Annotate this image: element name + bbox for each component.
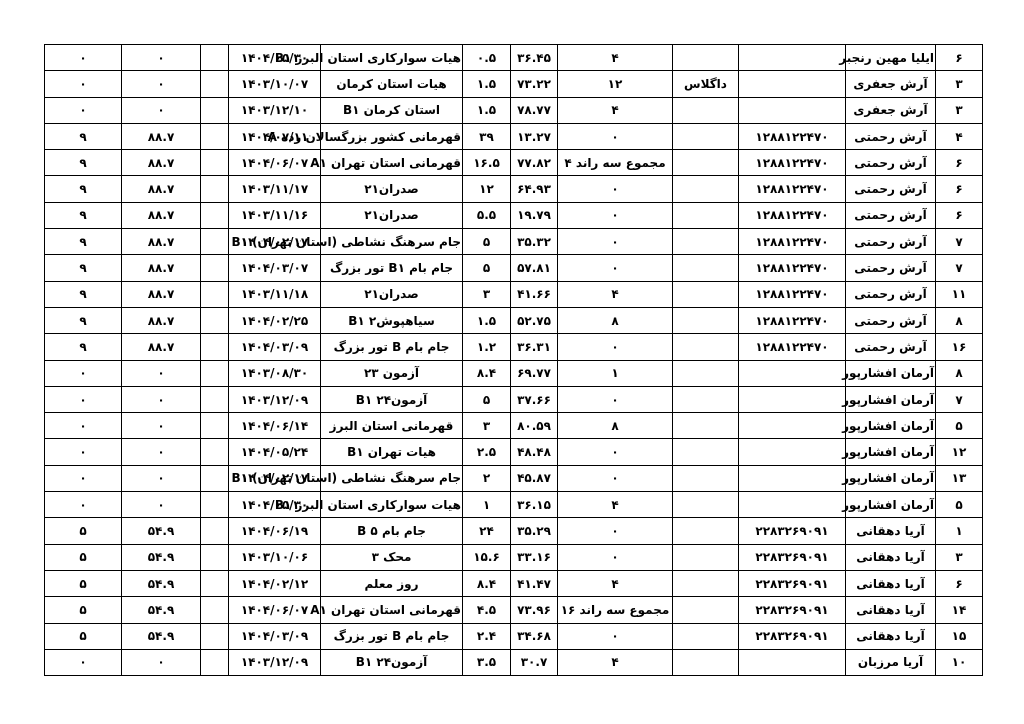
cell-note bbox=[673, 255, 739, 281]
cell-score: ۳۹ bbox=[463, 123, 511, 149]
table-row: ۱۴آریا دهقانی۲۲۸۳۲۶۹۰۹۱مجموع سه راند ۱۶۷… bbox=[45, 597, 983, 623]
cell-round-info: مجموع سه راند ۴ bbox=[558, 150, 673, 176]
cell-total-percent: ۸۸.۷ bbox=[122, 202, 201, 228]
cell-round-info: ۰ bbox=[558, 229, 673, 255]
cell-percent: ۷۳.۹۶ bbox=[511, 597, 558, 623]
cell-blank bbox=[201, 360, 229, 386]
cell-score: ۰.۵ bbox=[463, 45, 511, 71]
cell-event-count: ۵ bbox=[45, 623, 122, 649]
cell-round-info: ۱ bbox=[558, 360, 673, 386]
results-table-body: ۶ایلیا مهین رنجبر۴۳۶.۴۵۰.۵هیات سوارکاری … bbox=[45, 45, 983, 676]
cell-blank bbox=[201, 439, 229, 465]
cell-rider-name: آرش رحمتی bbox=[846, 281, 936, 307]
cell-note bbox=[673, 202, 739, 228]
cell-event-name: جام بام B ۵ bbox=[321, 518, 463, 544]
cell-percent: ۳۵.۲۹ bbox=[511, 518, 558, 544]
cell-rank: ۵ bbox=[936, 492, 983, 518]
cell-event-count: ۹ bbox=[45, 307, 122, 333]
cell-score: ۱.۵ bbox=[463, 97, 511, 123]
cell-event-count: ۰ bbox=[45, 413, 122, 439]
cell-rider-id bbox=[739, 45, 846, 71]
cell-score: ۱ bbox=[463, 492, 511, 518]
cell-rank: ۱ bbox=[936, 518, 983, 544]
table-row: ۶آرش رحمتی۱۲۸۸۱۲۲۴۷۰مجموع سه راند ۴۷۷.۸۲… bbox=[45, 150, 983, 176]
cell-blank bbox=[201, 97, 229, 123]
cell-percent: ۴۵.۸۷ bbox=[511, 465, 558, 491]
cell-rider-id: ۱۲۸۸۱۲۲۴۷۰ bbox=[739, 281, 846, 307]
cell-event-count: ۹ bbox=[45, 202, 122, 228]
cell-rank: ۱۶ bbox=[936, 334, 983, 360]
cell-blank bbox=[201, 623, 229, 649]
cell-blank bbox=[201, 413, 229, 439]
cell-round-info: ۰ bbox=[558, 439, 673, 465]
cell-event-date: ۱۴۰۴/۰۲/۱۲ bbox=[229, 570, 321, 596]
cell-rider-id bbox=[739, 649, 846, 675]
cell-score: ۵ bbox=[463, 255, 511, 281]
cell-rider-name: ایلیا مهین رنجبر bbox=[846, 45, 936, 71]
cell-event-name: هیات سوارکاری استان البرز B۱ bbox=[321, 45, 463, 71]
cell-event-name: هیات تهران B۱ bbox=[321, 439, 463, 465]
table-row: ۳آرش جعفری۴۷۸.۷۷۱.۵استان کرمان B۱۱۴۰۳/۱۲… bbox=[45, 97, 983, 123]
cell-event-date: ۱۴۰۳/۱۱/۱۷ bbox=[229, 176, 321, 202]
cell-round-info: ۰ bbox=[558, 623, 673, 649]
cell-event-date: ۱۴۰۴/۰۳/۰۹ bbox=[229, 623, 321, 649]
cell-note bbox=[673, 123, 739, 149]
cell-note bbox=[673, 360, 739, 386]
cell-event-date: ۱۴۰۳/۱۰/۰۷ bbox=[229, 71, 321, 97]
cell-rider-name: آرش جعفری bbox=[846, 71, 936, 97]
cell-score: ۴.۵ bbox=[463, 597, 511, 623]
cell-total-percent: ۰ bbox=[122, 71, 201, 97]
cell-note bbox=[673, 281, 739, 307]
cell-blank bbox=[201, 123, 229, 149]
cell-round-info: ۰ bbox=[558, 386, 673, 412]
cell-event-date: ۱۴۰۳/۱۲/۰۹ bbox=[229, 386, 321, 412]
cell-event-date: ۱۴۰۴/۰۷/۱۱ bbox=[229, 123, 321, 149]
table-row: ۶ایلیا مهین رنجبر۴۳۶.۴۵۰.۵هیات سوارکاری … bbox=[45, 45, 983, 71]
cell-total-percent: ۰ bbox=[122, 45, 201, 71]
cell-note bbox=[673, 45, 739, 71]
cell-round-info: ۰ bbox=[558, 255, 673, 281]
cell-event-date: ۱۴۰۴/۰۶/۰۷ bbox=[229, 150, 321, 176]
table-row: ۱۱آرش رحمتی۱۲۸۸۱۲۲۴۷۰۴۴۱.۶۶۳صدران۲۱۱۴۰۳/… bbox=[45, 281, 983, 307]
table-row: ۱آریا دهقانی۲۲۸۳۲۶۹۰۹۱۰۳۵.۲۹۲۴جام بام B … bbox=[45, 518, 983, 544]
results-table: ۶ایلیا مهین رنجبر۴۳۶.۴۵۰.۵هیات سوارکاری … bbox=[44, 44, 983, 676]
cell-total-percent: ۵۴.۹ bbox=[122, 570, 201, 596]
cell-event-date: ۱۴۰۴/۰۵/۳۰ bbox=[229, 45, 321, 71]
cell-event-name: صدران۲۱ bbox=[321, 202, 463, 228]
cell-score: ۱۲ bbox=[463, 176, 511, 202]
cell-blank bbox=[201, 518, 229, 544]
cell-event-count: ۰ bbox=[45, 465, 122, 491]
cell-percent: ۱۹.۷۹ bbox=[511, 202, 558, 228]
cell-event-date: ۱۴۰۴/۰۶/۰۷ bbox=[229, 597, 321, 623]
cell-round-info: ۴ bbox=[558, 97, 673, 123]
cell-round-info: ۸ bbox=[558, 413, 673, 439]
cell-rider-id: ۲۲۸۳۲۶۹۰۹۱ bbox=[739, 597, 846, 623]
cell-total-percent: ۰ bbox=[122, 386, 201, 412]
cell-event-count: ۵ bbox=[45, 597, 122, 623]
cell-score: ۲۴ bbox=[463, 518, 511, 544]
cell-note bbox=[673, 570, 739, 596]
cell-percent: ۶۹.۷۷ bbox=[511, 360, 558, 386]
table-row: ۱۰آریا مرزبان۴۳۰.۷۳.۵آزمون۲۴ B۱۱۴۰۳/۱۲/۰… bbox=[45, 649, 983, 675]
cell-event-date: ۱۴۰۴/۰۵/۲۴ bbox=[229, 439, 321, 465]
table-row: ۷آرش رحمتی۱۲۸۸۱۲۲۴۷۰۰۵۷.۸۱۵جام بام B۱ تو… bbox=[45, 255, 983, 281]
cell-score: ۱.۵ bbox=[463, 71, 511, 97]
cell-percent: ۳۶.۳۱ bbox=[511, 334, 558, 360]
cell-rank: ۱۰ bbox=[936, 649, 983, 675]
cell-note bbox=[673, 597, 739, 623]
cell-event-date: ۱۴۰۴/۰۲/۱۷ bbox=[229, 465, 321, 491]
cell-total-percent: ۸۸.۷ bbox=[122, 176, 201, 202]
cell-event-name: روز معلم bbox=[321, 570, 463, 596]
cell-score: ۲ bbox=[463, 465, 511, 491]
table-row: ۳آرش جعفریداگلاس۱۲۷۳.۲۲۱.۵هیات استان کرم… bbox=[45, 71, 983, 97]
cell-score: ۲.۵ bbox=[463, 439, 511, 465]
cell-rank: ۸ bbox=[936, 360, 983, 386]
cell-rank: ۷ bbox=[936, 386, 983, 412]
cell-rider-name: آرش رحمتی bbox=[846, 255, 936, 281]
cell-event-name: جام سرهنگ نشاطی (استان تهران) B۱ bbox=[321, 229, 463, 255]
cell-score: ۱۶.۵ bbox=[463, 150, 511, 176]
cell-note bbox=[673, 649, 739, 675]
cell-event-count: ۰ bbox=[45, 45, 122, 71]
cell-round-info: ۰ bbox=[558, 202, 673, 228]
cell-event-count: ۹ bbox=[45, 281, 122, 307]
cell-blank bbox=[201, 255, 229, 281]
cell-event-count: ۰ bbox=[45, 97, 122, 123]
cell-round-info: ۰ bbox=[558, 518, 673, 544]
cell-total-percent: ۵۴.۹ bbox=[122, 597, 201, 623]
cell-total-percent: ۸۸.۷ bbox=[122, 281, 201, 307]
table-row: ۱۶آرش رحمتی۱۲۸۸۱۲۲۴۷۰۰۳۶.۳۱۱.۲جام بام B … bbox=[45, 334, 983, 360]
cell-total-percent: ۰ bbox=[122, 360, 201, 386]
cell-percent: ۷۷.۸۲ bbox=[511, 150, 558, 176]
cell-event-count: ۹ bbox=[45, 229, 122, 255]
cell-blank bbox=[201, 570, 229, 596]
table-row: ۵آرمان افشارپور۸۸۰.۵۹۳قهرمانی استان البر… bbox=[45, 413, 983, 439]
cell-event-name: محک ۳ bbox=[321, 544, 463, 570]
cell-rank: ۳ bbox=[936, 544, 983, 570]
cell-event-count: ۹ bbox=[45, 150, 122, 176]
cell-percent: ۷۸.۷۷ bbox=[511, 97, 558, 123]
cell-event-date: ۱۴۰۴/۰۲/۲۵ bbox=[229, 307, 321, 333]
cell-total-percent: ۸۸.۷ bbox=[122, 150, 201, 176]
table-row: ۶آرش رحمتی۱۲۸۸۱۲۲۴۷۰۰۶۴.۹۳۱۲صدران۲۱۱۴۰۳/… bbox=[45, 176, 983, 202]
cell-total-percent: ۰ bbox=[122, 439, 201, 465]
table-row: ۳آریا دهقانی۲۲۸۳۲۶۹۰۹۱۰۳۳.۱۶۱۵.۶محک ۳۱۴۰… bbox=[45, 544, 983, 570]
cell-percent: ۳۳.۱۶ bbox=[511, 544, 558, 570]
cell-rider-id: ۱۲۸۸۱۲۲۴۷۰ bbox=[739, 123, 846, 149]
cell-score: ۳ bbox=[463, 413, 511, 439]
cell-rider-id bbox=[739, 360, 846, 386]
cell-event-date: ۱۴۰۴/۰۵/۳۰ bbox=[229, 492, 321, 518]
cell-note bbox=[673, 518, 739, 544]
cell-total-percent: ۸۸.۷ bbox=[122, 229, 201, 255]
cell-rank: ۳ bbox=[936, 71, 983, 97]
cell-event-name: سیاهپوش۲ B۱ bbox=[321, 307, 463, 333]
document-page: ۶ایلیا مهین رنجبر۴۳۶.۴۵۰.۵هیات سوارکاری … bbox=[0, 0, 1024, 724]
table-row: ۶آرش رحمتی۱۲۸۸۱۲۲۴۷۰۰۱۹.۷۹۵.۵صدران۲۱۱۴۰۳… bbox=[45, 202, 983, 228]
cell-event-date: ۱۴۰۳/۰۸/۳۰ bbox=[229, 360, 321, 386]
cell-score: ۵ bbox=[463, 386, 511, 412]
cell-event-date: ۱۴۰۴/۰۳/۰۹ bbox=[229, 334, 321, 360]
cell-event-count: ۹ bbox=[45, 255, 122, 281]
cell-blank bbox=[201, 465, 229, 491]
cell-percent: ۴۱.۴۷ bbox=[511, 570, 558, 596]
cell-blank bbox=[201, 307, 229, 333]
cell-rank: ۶ bbox=[936, 150, 983, 176]
cell-rider-id: ۱۲۸۸۱۲۲۴۷۰ bbox=[739, 255, 846, 281]
cell-score: ۱۵.۶ bbox=[463, 544, 511, 570]
cell-event-date: ۱۴۰۴/۰۲/۱۷ bbox=[229, 229, 321, 255]
cell-note bbox=[673, 623, 739, 649]
cell-event-count: ۵ bbox=[45, 544, 122, 570]
cell-round-info: ۰ bbox=[558, 123, 673, 149]
cell-round-info: مجموع سه راند ۱۶ bbox=[558, 597, 673, 623]
cell-round-info: ۸ bbox=[558, 307, 673, 333]
cell-round-info: ۱۲ bbox=[558, 71, 673, 97]
cell-blank bbox=[201, 544, 229, 570]
cell-rank: ۶ bbox=[936, 45, 983, 71]
cell-rider-id bbox=[739, 465, 846, 491]
cell-rider-name: آریا مرزبان bbox=[846, 649, 936, 675]
cell-round-info: ۴ bbox=[558, 492, 673, 518]
table-row: ۷آرمان افشارپور۰۳۷.۶۶۵آزمون۲۴ B۱۱۴۰۳/۱۲/… bbox=[45, 386, 983, 412]
cell-rider-name: آرش رحمتی bbox=[846, 176, 936, 202]
cell-event-name: هیات استان کرمان bbox=[321, 71, 463, 97]
cell-round-info: ۰ bbox=[558, 176, 673, 202]
cell-event-count: ۰ bbox=[45, 360, 122, 386]
cell-rank: ۴ bbox=[936, 123, 983, 149]
cell-rider-name: آرمان افشارپور bbox=[846, 439, 936, 465]
cell-total-percent: ۵۴.۹ bbox=[122, 623, 201, 649]
table-row: ۸آرش رحمتی۱۲۸۸۱۲۲۴۷۰۸۵۲.۷۵۱.۵سیاهپوش۲ B۱… bbox=[45, 307, 983, 333]
cell-score: ۳.۵ bbox=[463, 649, 511, 675]
cell-rider-name: آرش رحمتی bbox=[846, 123, 936, 149]
cell-percent: ۳۵.۳۲ bbox=[511, 229, 558, 255]
cell-percent: ۵۲.۷۵ bbox=[511, 307, 558, 333]
cell-rank: ۱۲ bbox=[936, 439, 983, 465]
cell-rider-id: ۲۲۸۳۲۶۹۰۹۱ bbox=[739, 544, 846, 570]
cell-event-name: جام سرهنگ نشاطی (استان تهران) B۱ bbox=[321, 465, 463, 491]
cell-event-count: ۵ bbox=[45, 518, 122, 544]
cell-note bbox=[673, 97, 739, 123]
cell-event-date: ۱۴۰۳/۱۲/۰۹ bbox=[229, 649, 321, 675]
cell-event-count: ۰ bbox=[45, 71, 122, 97]
cell-rank: ۶ bbox=[936, 570, 983, 596]
cell-total-percent: ۵۴.۹ bbox=[122, 544, 201, 570]
cell-event-date: ۱۴۰۴/۰۶/۱۹ bbox=[229, 518, 321, 544]
cell-rank: ۱۴ bbox=[936, 597, 983, 623]
cell-rank: ۱۱ bbox=[936, 281, 983, 307]
cell-rank: ۸ bbox=[936, 307, 983, 333]
cell-event-date: ۱۴۰۴/۰۳/۰۷ bbox=[229, 255, 321, 281]
cell-blank bbox=[201, 386, 229, 412]
cell-rank: ۵ bbox=[936, 413, 983, 439]
cell-percent: ۴۸.۴۸ bbox=[511, 439, 558, 465]
cell-score: ۵.۵ bbox=[463, 202, 511, 228]
cell-percent: ۳۴.۶۸ bbox=[511, 623, 558, 649]
cell-event-name: قهرمانی کشور بزرگسالان رده A bbox=[321, 123, 463, 149]
cell-blank bbox=[201, 492, 229, 518]
cell-event-name: هیات سوارکاری استان البرز B۱ bbox=[321, 492, 463, 518]
cell-rider-name: آرش رحمتی bbox=[846, 334, 936, 360]
cell-event-date: ۱۴۰۴/۰۶/۱۴ bbox=[229, 413, 321, 439]
cell-rank: ۱۵ bbox=[936, 623, 983, 649]
cell-rider-name: آرمان افشارپور bbox=[846, 413, 936, 439]
cell-rider-id bbox=[739, 71, 846, 97]
cell-total-percent: ۰ bbox=[122, 413, 201, 439]
cell-event-count: ۵ bbox=[45, 570, 122, 596]
table-row: ۸آرمان افشارپور۱۶۹.۷۷۸.۴آزمون ۲۳۱۴۰۳/۰۸/… bbox=[45, 360, 983, 386]
cell-total-percent: ۵۴.۹ bbox=[122, 518, 201, 544]
cell-note: داگلاس bbox=[673, 71, 739, 97]
cell-event-count: ۹ bbox=[45, 123, 122, 149]
cell-note bbox=[673, 413, 739, 439]
table-row: ۱۳آرمان افشارپور۰۴۵.۸۷۲جام سرهنگ نشاطی (… bbox=[45, 465, 983, 491]
cell-score: ۲.۴ bbox=[463, 623, 511, 649]
cell-rider-id: ۱۲۸۸۱۲۲۴۷۰ bbox=[739, 202, 846, 228]
cell-note bbox=[673, 176, 739, 202]
cell-blank bbox=[201, 649, 229, 675]
cell-percent: ۶۴.۹۳ bbox=[511, 176, 558, 202]
cell-score: ۱.۲ bbox=[463, 334, 511, 360]
cell-total-percent: ۸۸.۷ bbox=[122, 334, 201, 360]
cell-note bbox=[673, 334, 739, 360]
cell-event-name: جام بام B۱ تور بزرگ bbox=[321, 255, 463, 281]
cell-blank bbox=[201, 597, 229, 623]
cell-rank: ۶ bbox=[936, 176, 983, 202]
cell-score: ۸.۴ bbox=[463, 570, 511, 596]
cell-total-percent: ۸۸.۷ bbox=[122, 123, 201, 149]
cell-percent: ۵۷.۸۱ bbox=[511, 255, 558, 281]
cell-event-count: ۰ bbox=[45, 492, 122, 518]
cell-rider-name: آرش رحمتی bbox=[846, 229, 936, 255]
cell-blank bbox=[201, 150, 229, 176]
cell-note bbox=[673, 439, 739, 465]
cell-rider-name: آرمان افشارپور bbox=[846, 492, 936, 518]
cell-total-percent: ۰ bbox=[122, 649, 201, 675]
cell-rider-name: آریا دهقانی bbox=[846, 518, 936, 544]
cell-event-count: ۹ bbox=[45, 176, 122, 202]
cell-rider-id: ۲۲۸۳۲۶۹۰۹۱ bbox=[739, 570, 846, 596]
cell-rank: ۱۳ bbox=[936, 465, 983, 491]
cell-note bbox=[673, 150, 739, 176]
table-row: ۱۵آریا دهقانی۲۲۸۳۲۶۹۰۹۱۰۳۴.۶۸۲.۴جام بام … bbox=[45, 623, 983, 649]
cell-note bbox=[673, 465, 739, 491]
cell-rank: ۷ bbox=[936, 255, 983, 281]
cell-rider-id bbox=[739, 439, 846, 465]
cell-event-count: ۹ bbox=[45, 334, 122, 360]
cell-rank: ۶ bbox=[936, 202, 983, 228]
cell-event-name: جام بام B تور بزرگ bbox=[321, 334, 463, 360]
cell-rider-name: آرمان افشارپور bbox=[846, 465, 936, 491]
cell-total-percent: ۸۸.۷ bbox=[122, 255, 201, 281]
cell-percent: ۷۳.۲۲ bbox=[511, 71, 558, 97]
cell-rank: ۳ bbox=[936, 97, 983, 123]
cell-event-name: آزمون۲۴ B۱ bbox=[321, 386, 463, 412]
cell-rider-name: آریا دهقانی bbox=[846, 570, 936, 596]
cell-event-name: صدران۲۱ bbox=[321, 176, 463, 202]
cell-event-name: قهرمانی استان البرز bbox=[321, 413, 463, 439]
cell-rider-id: ۲۲۸۳۲۶۹۰۹۱ bbox=[739, 623, 846, 649]
cell-rider-name: آرمان افشارپور bbox=[846, 386, 936, 412]
cell-percent: ۳۷.۶۶ bbox=[511, 386, 558, 412]
cell-rider-name: آریا دهقانی bbox=[846, 623, 936, 649]
cell-rider-id bbox=[739, 413, 846, 439]
cell-blank bbox=[201, 334, 229, 360]
table-row: ۵آرمان افشارپور۴۳۶.۱۵۱هیات سوارکاری استا… bbox=[45, 492, 983, 518]
cell-event-count: ۰ bbox=[45, 386, 122, 412]
cell-percent: ۸۰.۵۹ bbox=[511, 413, 558, 439]
cell-rider-id: ۱۲۸۸۱۲۲۴۷۰ bbox=[739, 334, 846, 360]
cell-rider-id: ۱۲۸۸۱۲۲۴۷۰ bbox=[739, 150, 846, 176]
cell-total-percent: ۰ bbox=[122, 492, 201, 518]
cell-rank: ۷ bbox=[936, 229, 983, 255]
cell-event-name: قهرمانی استان تهران A۱ bbox=[321, 150, 463, 176]
cell-round-info: ۴ bbox=[558, 281, 673, 307]
cell-note bbox=[673, 492, 739, 518]
cell-score: ۳ bbox=[463, 281, 511, 307]
cell-rider-id bbox=[739, 386, 846, 412]
cell-rider-name: آرش رحمتی bbox=[846, 307, 936, 333]
cell-percent: ۱۳.۲۷ bbox=[511, 123, 558, 149]
cell-note bbox=[673, 307, 739, 333]
table-row: ۱۲آرمان افشارپور۰۴۸.۴۸۲.۵هیات تهران B۱۱۴… bbox=[45, 439, 983, 465]
cell-event-name: جام بام B تور بزرگ bbox=[321, 623, 463, 649]
cell-note bbox=[673, 544, 739, 570]
cell-rider-id bbox=[739, 492, 846, 518]
cell-rider-id: ۱۲۸۸۱۲۲۴۷۰ bbox=[739, 307, 846, 333]
cell-score: ۸.۴ bbox=[463, 360, 511, 386]
cell-blank bbox=[201, 229, 229, 255]
cell-note bbox=[673, 229, 739, 255]
cell-event-name: آزمون۲۴ B۱ bbox=[321, 649, 463, 675]
cell-blank bbox=[201, 202, 229, 228]
cell-total-percent: ۸۸.۷ bbox=[122, 307, 201, 333]
cell-rider-id bbox=[739, 97, 846, 123]
cell-total-percent: ۰ bbox=[122, 97, 201, 123]
cell-rider-id: ۲۲۸۳۲۶۹۰۹۱ bbox=[739, 518, 846, 544]
cell-rider-name: آریا دهقانی bbox=[846, 544, 936, 570]
cell-event-name: استان کرمان B۱ bbox=[321, 97, 463, 123]
cell-rider-id: ۱۲۸۸۱۲۲۴۷۰ bbox=[739, 176, 846, 202]
cell-round-info: ۰ bbox=[558, 544, 673, 570]
cell-round-info: ۴ bbox=[558, 45, 673, 71]
cell-event-date: ۱۴۰۳/۱۱/۱۸ bbox=[229, 281, 321, 307]
cell-round-info: ۰ bbox=[558, 334, 673, 360]
cell-rider-name: آرش جعفری bbox=[846, 97, 936, 123]
cell-rider-id: ۱۲۸۸۱۲۲۴۷۰ bbox=[739, 229, 846, 255]
cell-round-info: ۴ bbox=[558, 649, 673, 675]
cell-round-info: ۴ bbox=[558, 570, 673, 596]
cell-rider-name: آرش رحمتی bbox=[846, 150, 936, 176]
cell-percent: ۳۶.۱۵ bbox=[511, 492, 558, 518]
cell-event-date: ۱۴۰۳/۱۱/۱۶ bbox=[229, 202, 321, 228]
cell-event-date: ۱۴۰۳/۱۲/۱۰ bbox=[229, 97, 321, 123]
cell-percent: ۴۱.۶۶ bbox=[511, 281, 558, 307]
cell-blank bbox=[201, 71, 229, 97]
cell-blank bbox=[201, 176, 229, 202]
table-row: ۶آریا دهقانی۲۲۸۳۲۶۹۰۹۱۴۴۱.۴۷۸.۴روز معلم۱… bbox=[45, 570, 983, 596]
cell-score: ۵ bbox=[463, 229, 511, 255]
cell-note bbox=[673, 386, 739, 412]
cell-score: ۱.۵ bbox=[463, 307, 511, 333]
cell-blank bbox=[201, 281, 229, 307]
cell-event-name: قهرمانی استان تهران A۱ bbox=[321, 597, 463, 623]
